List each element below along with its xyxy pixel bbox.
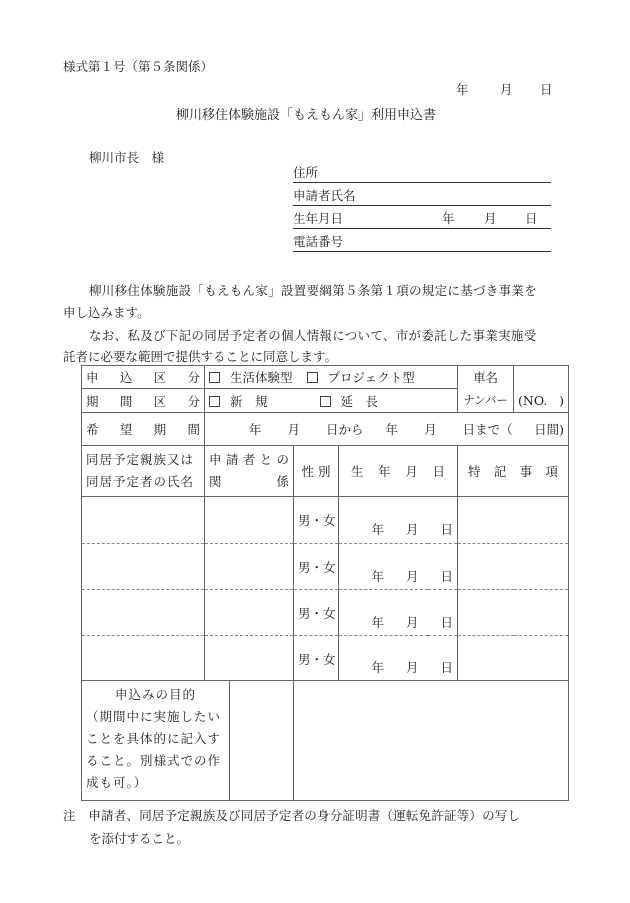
period-type-label: 期間区分: [82, 389, 205, 413]
footer-note-line2: を添付すること。: [89, 829, 189, 847]
notes-cell[interactable]: [458, 636, 569, 681]
app-type-label: 申込区分: [82, 366, 205, 389]
app-type-option-project[interactable]: プロジェクト型: [307, 370, 415, 385]
purpose-field-left[interactable]: [230, 681, 293, 800]
date-day: 日: [540, 80, 553, 98]
app-type-option-lifestyle[interactable]: 生活体験型: [209, 370, 293, 385]
desired-period-field[interactable]: 年 月 日から 年 月 日まで（ 日間): [205, 413, 569, 446]
relation-cell[interactable]: [205, 497, 294, 544]
para2-line2: 託者に必要な範囲で提供することに同意します。: [63, 347, 337, 365]
dob-year-unit: 年: [442, 209, 455, 227]
date-year: 年: [456, 80, 469, 98]
page-title: 柳川移住体験施設「もえもん家」利用申込書: [176, 104, 436, 123]
dob-cell[interactable]: 年月日: [339, 636, 458, 681]
col-header-dob: 生年月日: [339, 446, 458, 497]
app-type-options: 生活体験型 プロジェクト型: [205, 366, 458, 389]
table-row: 男・女 年月日: [82, 636, 569, 681]
col-header-sex: 性 別: [294, 446, 339, 497]
period-type-options: 新 規 延 長: [205, 389, 458, 413]
dob-day-unit: 日: [525, 209, 538, 227]
resident-name-cell[interactable]: [82, 636, 205, 681]
addressee: 柳川市長 様: [89, 148, 164, 166]
table-row: 男・女 年月日: [82, 497, 569, 544]
phone-field[interactable]: 電話番号: [293, 235, 551, 252]
resident-name-cell[interactable]: [82, 497, 205, 544]
col-header-name: 同居予定親族又は同居予定者の氏名: [82, 446, 205, 497]
phone-label: 電話番号: [293, 232, 343, 250]
date-month: 月: [500, 80, 513, 98]
col-header-relation: 申請者との 関係: [205, 446, 294, 497]
applicant-name-label: 申請者氏名: [293, 186, 356, 204]
number-label: ナンバー: [458, 389, 514, 413]
purpose-field[interactable]: [294, 681, 569, 801]
sex-cell[interactable]: 男・女: [294, 590, 339, 636]
dob-month-unit: 月: [484, 209, 497, 227]
para1-line1: 柳川移住体験施設「もえもん家」設置要綱第５条第１項の規定に基づき事業を: [89, 281, 537, 299]
sex-cell[interactable]: 男・女: [294, 497, 339, 544]
car-number-field[interactable]: (NO.): [514, 366, 569, 413]
checkbox-icon[interactable]: [307, 372, 318, 383]
dob-cell[interactable]: 年月日: [339, 544, 458, 590]
checkbox-icon[interactable]: [320, 396, 331, 407]
address-field[interactable]: 住所: [293, 166, 551, 183]
desired-period-label: 希望期間: [82, 413, 205, 446]
checkbox-icon[interactable]: [209, 372, 220, 383]
period-type-option-new[interactable]: 新 規: [209, 394, 268, 409]
checkbox-icon[interactable]: [209, 396, 220, 407]
address-label: 住所: [293, 163, 318, 181]
purpose-label: 申込みの目的 （期間中に実施したいことを具体的に記入すること。別様式での作成も可…: [82, 681, 230, 800]
resident-name-cell[interactable]: [82, 590, 205, 636]
sex-cell[interactable]: 男・女: [294, 544, 339, 590]
applicant-dob-label: 生年月日: [293, 209, 343, 227]
notes-cell[interactable]: [458, 497, 569, 544]
application-table: 申込区分 生活体験型 プロジェクト型 車名 (NO.) 期間区分 新 規 延 長…: [81, 365, 569, 801]
dob-cell[interactable]: 年月日: [339, 497, 458, 544]
purpose-row: 申込みの目的 （期間中に実施したいことを具体的に記入すること。別様式での作成も可…: [82, 681, 294, 801]
notes-cell[interactable]: [458, 590, 569, 636]
resident-name-cell[interactable]: [82, 544, 205, 590]
relation-cell[interactable]: [205, 590, 294, 636]
dob-cell[interactable]: 年月日: [339, 590, 458, 636]
sex-cell[interactable]: 男・女: [294, 636, 339, 681]
notes-cell[interactable]: [458, 544, 569, 590]
para1-line2: 申し込みます。: [63, 303, 150, 321]
col-header-notes: 特記事項: [458, 446, 569, 497]
relation-cell[interactable]: [205, 544, 294, 590]
applicant-dob-field[interactable]: 生年月日 年 月 日: [293, 212, 551, 229]
table-row: 男・女 年月日: [82, 590, 569, 636]
car-label: 車名: [458, 366, 514, 389]
period-type-option-extend[interactable]: 延 長: [320, 394, 379, 409]
footer-note-line1: 注 申請者、同居予定親族及び同居予定者の身分証明書（運転免許証等）の写し: [63, 806, 520, 824]
table-row: 男・女 年月日: [82, 544, 569, 590]
form-number: 様式第１号（第５条関係）: [63, 57, 213, 75]
relation-cell[interactable]: [205, 636, 294, 681]
para2-line1: なお、私及び下記の同居予定者の個人情報について、市が委託した事業実施受: [89, 326, 537, 344]
applicant-name-field[interactable]: 申請者氏名: [293, 189, 551, 206]
